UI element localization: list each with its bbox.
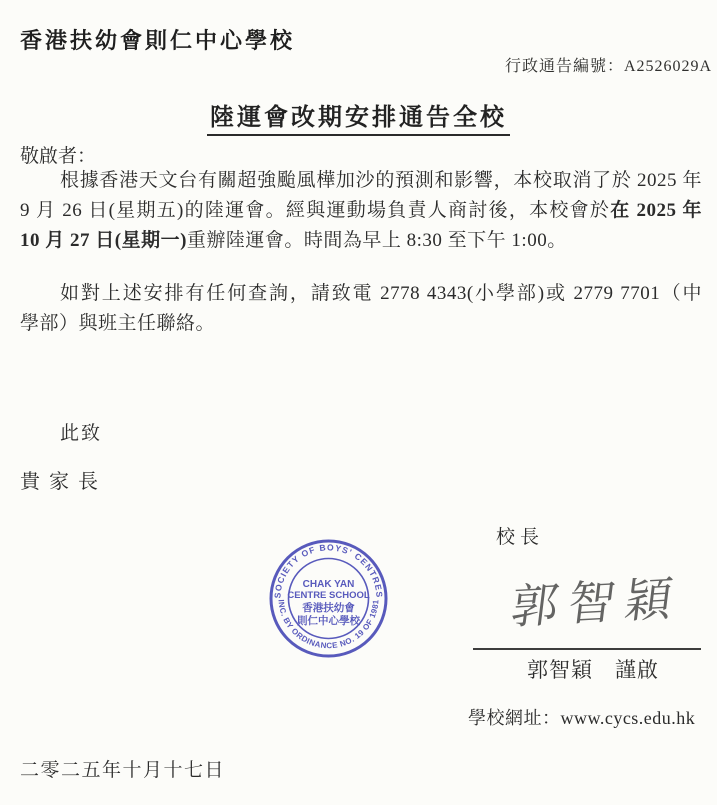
- body-text: 學部）與班主任聯絡。: [20, 313, 215, 334]
- signature-line: [473, 648, 701, 650]
- body-line-2: 9 月 26 日(星期五)的陸運會。經與運動場負責人商討後，本校會於在 2025…: [20, 196, 702, 226]
- principal-signature: 郭智穎: [508, 561, 687, 637]
- school-name: 香港扶幼會則仁中心學校: [20, 24, 295, 55]
- salutation: 敬啟者：: [20, 141, 96, 168]
- body-text: 如對上述安排有任何查詢，請致電 2778 4343(小學部)或 2779 770…: [60, 283, 702, 304]
- body-line-3: 10 月 27 日(星期一)重辦陸運會。時間為早上 8:30 至下午 1:00。: [20, 226, 702, 256]
- signoff-name: 郭智穎 謹啟: [527, 654, 659, 684]
- body-text-bold: 在 2025 年: [610, 200, 702, 221]
- stamp-name-line1: CHAK YAN: [303, 579, 355, 590]
- closing-phrase: 此致: [60, 418, 102, 445]
- notice-title: 陸運會改期安排通告全校: [207, 97, 510, 136]
- paragraph-1: 根據香港天文台有關超強颱風樺加沙的預測和影響，本校取消了於 2025 年 9 月…: [20, 166, 702, 256]
- notice-number: 行政通告編號：A2526029A: [505, 53, 712, 76]
- body-line-4: 如對上述安排有任何查詢，請致電 2778 4343(小學部)或 2779 770…: [20, 279, 702, 309]
- body-text: 根據香港天文台有關超強颱風樺加沙的預測和影響，本校取消了於 2025 年: [60, 170, 702, 191]
- stamp-name-line2: CENTRE SCHOOL: [287, 590, 370, 601]
- document-date: 二零二五年十月十七日: [20, 755, 225, 782]
- body-line-1: 根據香港天文台有關超強颱風樺加沙的預測和影響，本校取消了於 2025 年: [20, 166, 702, 196]
- body-line-5: 學部）與班主任聯絡。: [20, 309, 702, 339]
- body-text-bold: 10 月 27 日(星期一): [20, 230, 187, 251]
- title-row: 陸運會改期安排通告全校: [0, 97, 717, 136]
- body-text: 重辦陸運會。時間為早上 8:30 至下午 1:00。: [187, 230, 567, 251]
- school-stamp-icon: SOCIETY OF BOYS' CENTRES INC. BY ORDINAN…: [266, 536, 391, 661]
- recipient: 貴家長: [20, 465, 107, 494]
- paragraph-2: 如對上述安排有任何查詢，請致電 2778 4343(小學部)或 2779 770…: [20, 279, 702, 339]
- school-website: 學校網址：www.cycs.edu.hk: [468, 704, 695, 730]
- body-text: 9 月 26 日(星期五)的陸運會。經與運動場負責人商討後，本校會於: [20, 200, 610, 221]
- stamp-name-line4: 則仁中心學校: [297, 614, 360, 627]
- principal-label: 校長: [496, 522, 544, 549]
- stamp-name-line3: 香港扶幼會: [302, 601, 355, 614]
